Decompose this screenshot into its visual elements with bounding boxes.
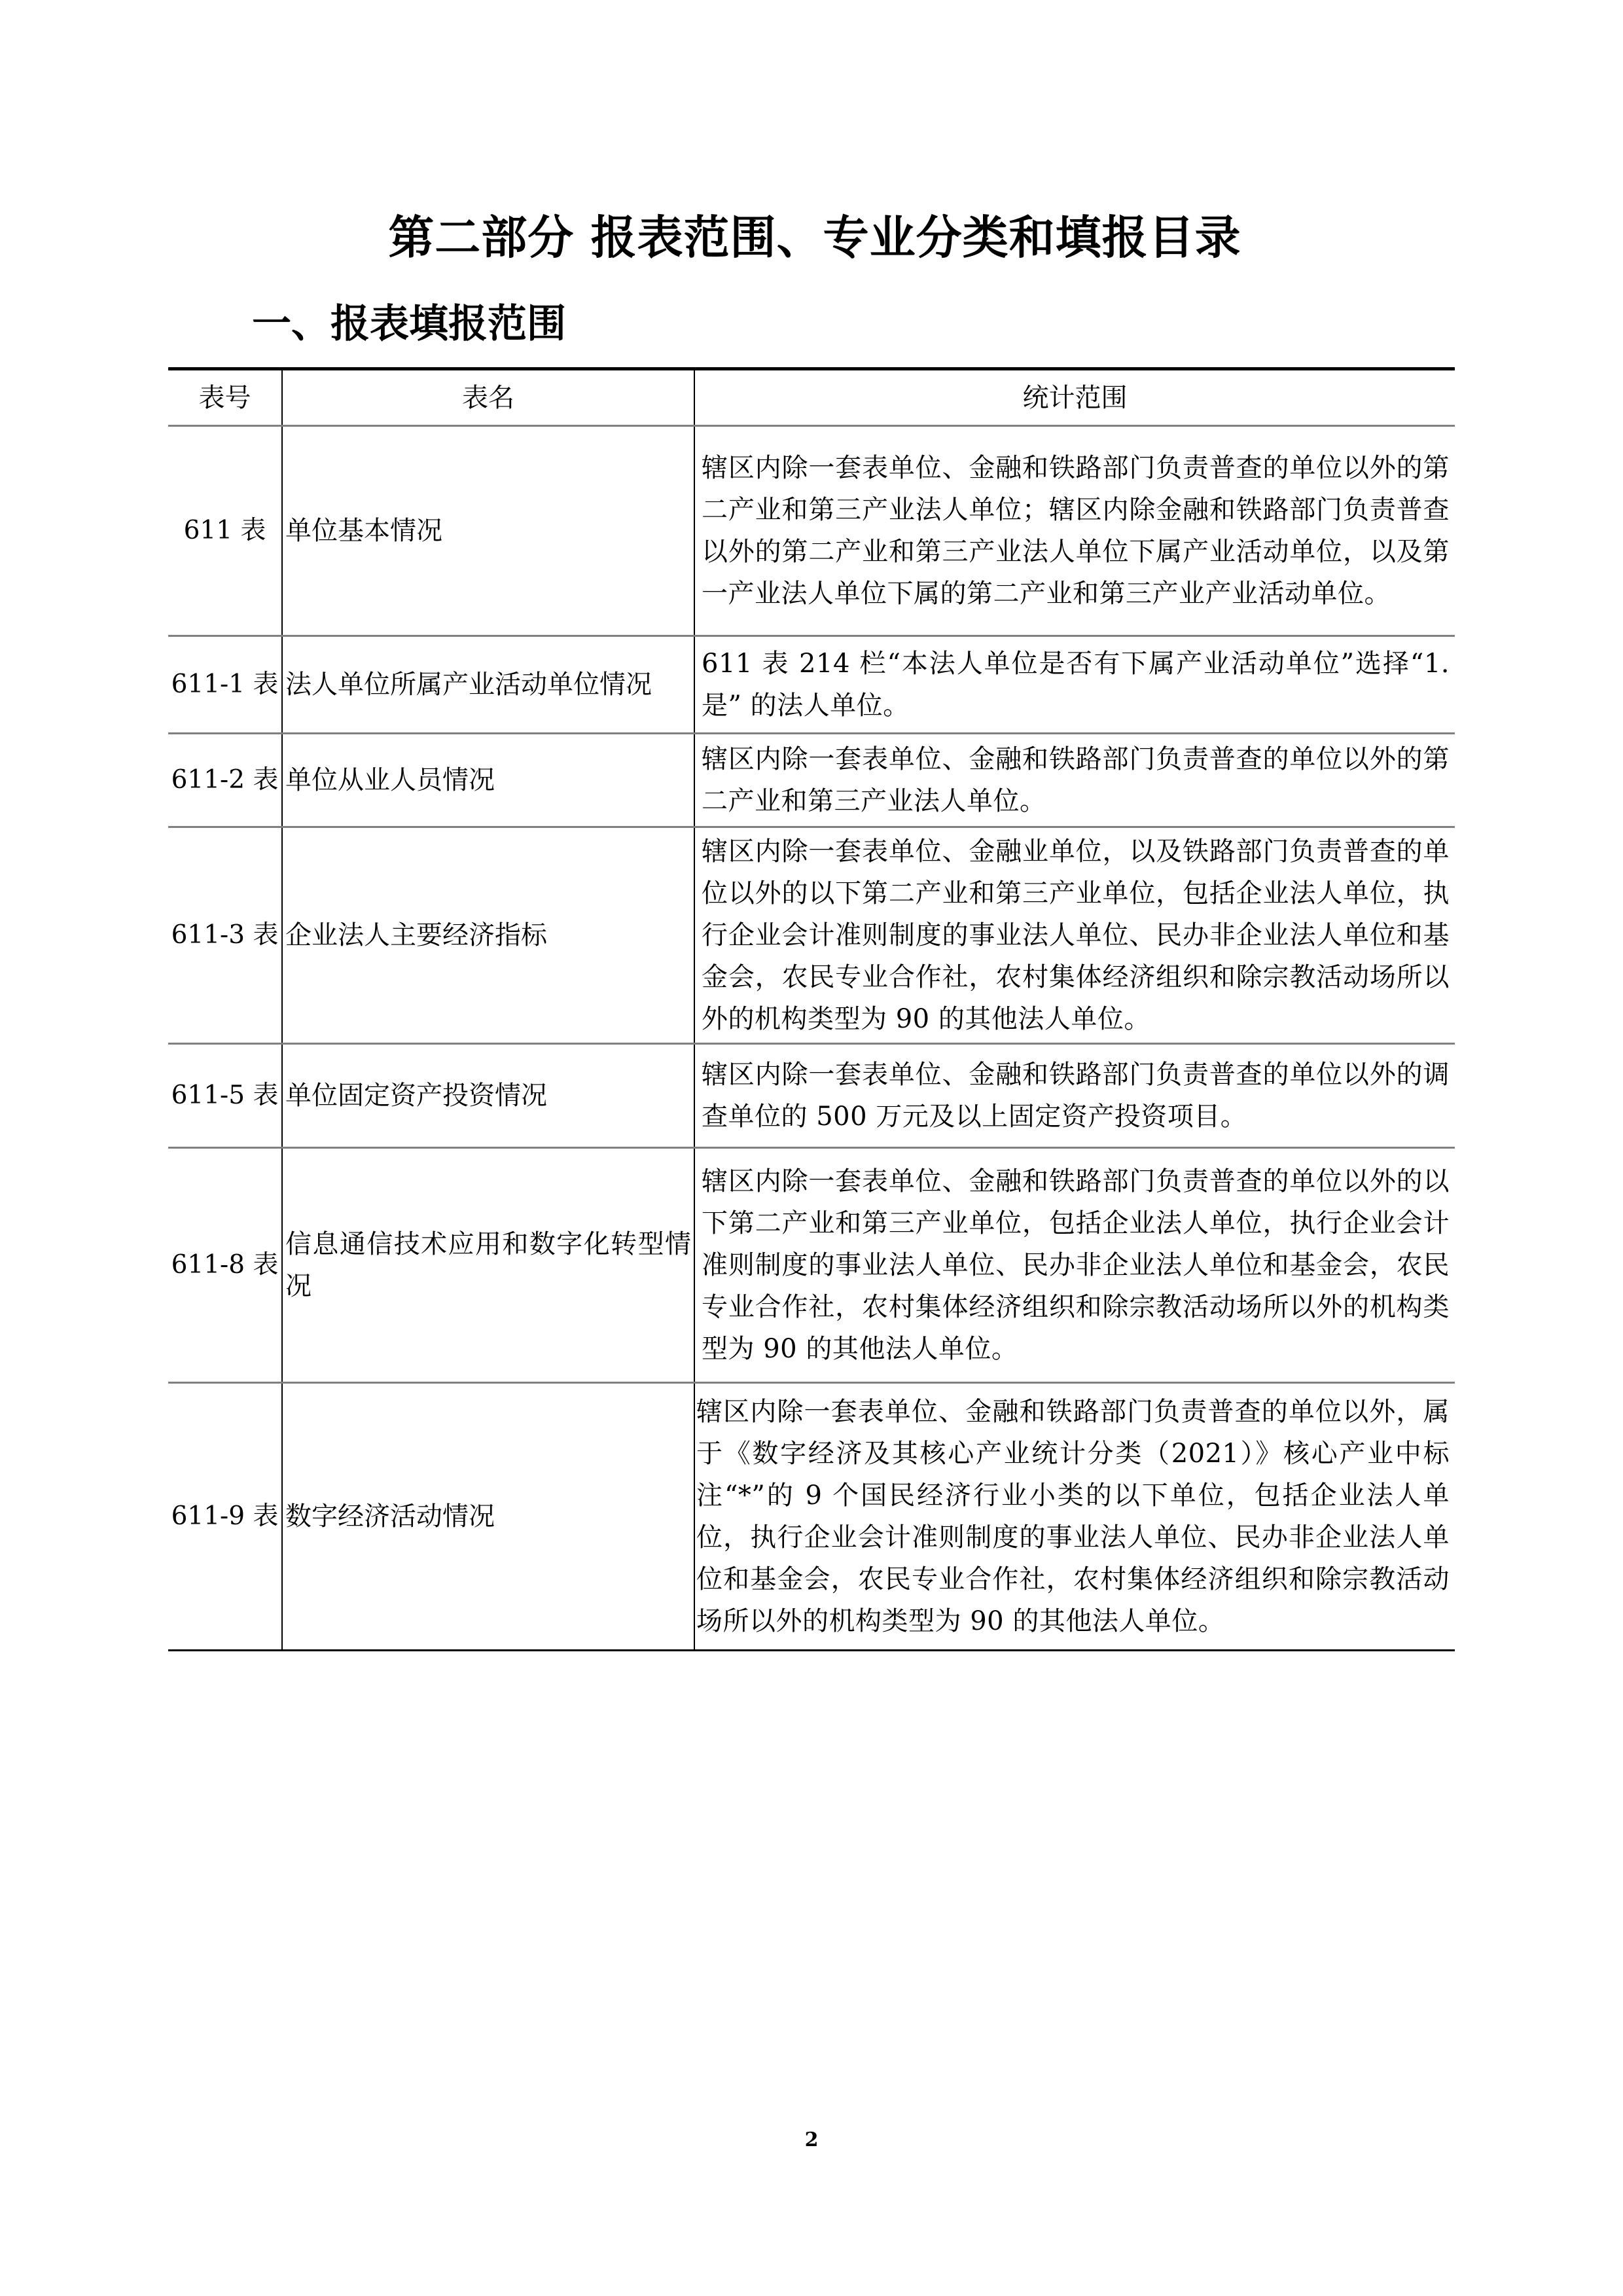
header-table-name: 表名 [282, 369, 694, 426]
table-row: 611 表 单位基本情况 辖区内除一套表单位、金融和铁路部门负责普查的单位以外的… [168, 426, 1455, 636]
table-row: 611-3 表 企业法人主要经济指标 辖区内除一套表单位、金融业单位，以及铁路部… [168, 827, 1455, 1044]
header-statistical-scope: 统计范围 [694, 369, 1455, 426]
table-row: 611-1 表 法人单位所属产业活动单位情况 611 表 214 栏“本法人单位… [168, 636, 1455, 734]
section-title: 一、报表填报范围 [252, 298, 566, 350]
table-code: 611-2 表 [168, 734, 282, 827]
table-row: 611-2 表 单位从业人员情况 辖区内除一套表单位、金融和铁路部门负责普查的单… [168, 734, 1455, 827]
table-code: 611-3 表 [168, 827, 282, 1044]
table-code: 611-9 表 [168, 1383, 282, 1651]
table-name: 企业法人主要经济指标 [282, 827, 694, 1044]
table-name: 单位从业人员情况 [282, 734, 694, 827]
table-code: 611-5 表 [168, 1044, 282, 1148]
table-scope: 辖区内除一套表单位、金融和铁路部门负责普查的单位以外的第二产业和第三产业法人单位… [694, 426, 1455, 636]
table-name: 法人单位所属产业活动单位情况 [282, 636, 694, 734]
table-header-row: 表号 表名 统计范围 [168, 369, 1455, 426]
table-code: 611 表 [168, 426, 282, 636]
table-row: 611-8 表 信息通信技术应用和数字化转型情况 辖区内除一套表单位、金融和铁路… [168, 1148, 1455, 1383]
table-scope: 辖区内除一套表单位、金融业单位，以及铁路部门负责普查的单位以外的以下第二产业和第… [694, 827, 1455, 1044]
header-table-code: 表号 [168, 369, 282, 426]
table-code: 611-1 表 [168, 636, 282, 734]
table-scope: 辖区内除一套表单位、金融和铁路部门负责普查的单位以外的以下第二产业和第三产业单位… [694, 1148, 1455, 1383]
table-row: 611-9 表 数字经济活动情况 辖区内除一套表单位、金融和铁路部门负责普查的单… [168, 1383, 1455, 1651]
page-number: 2 [0, 2128, 1623, 2151]
table-scope: 辖区内除一套表单位、金融和铁路部门负责普查的单位以外，属于《数字经济及其核心产业… [694, 1383, 1455, 1651]
table-name: 数字经济活动情况 [282, 1383, 694, 1651]
table-row: 611-5 表 单位固定资产投资情况 辖区内除一套表单位、金融和铁路部门负责普查… [168, 1044, 1455, 1148]
report-scope-table: 表号 表名 统计范围 611 表 单位基本情况 辖区内除一套表单位、金融和铁路部… [168, 367, 1455, 1651]
table-scope: 辖区内除一套表单位、金融和铁路部门负责普查的单位以外的调查单位的 500 万元及… [694, 1044, 1455, 1148]
table-name: 单位固定资产投资情况 [282, 1044, 694, 1148]
page-title: 第二部分 报表范围、专业分类和填报目录 [0, 208, 1623, 267]
report-scope-table-container: 表号 表名 统计范围 611 表 单位基本情况 辖区内除一套表单位、金融和铁路部… [168, 367, 1455, 1651]
table-scope: 611 表 214 栏“本法人单位是否有下属产业活动单位”选择“1.是” 的法人… [694, 636, 1455, 734]
table-name: 单位基本情况 [282, 426, 694, 636]
table-scope: 辖区内除一套表单位、金融和铁路部门负责普查的单位以外的第二产业和第三产业法人单位… [694, 734, 1455, 827]
table-name: 信息通信技术应用和数字化转型情况 [282, 1148, 694, 1383]
table-code: 611-8 表 [168, 1148, 282, 1383]
